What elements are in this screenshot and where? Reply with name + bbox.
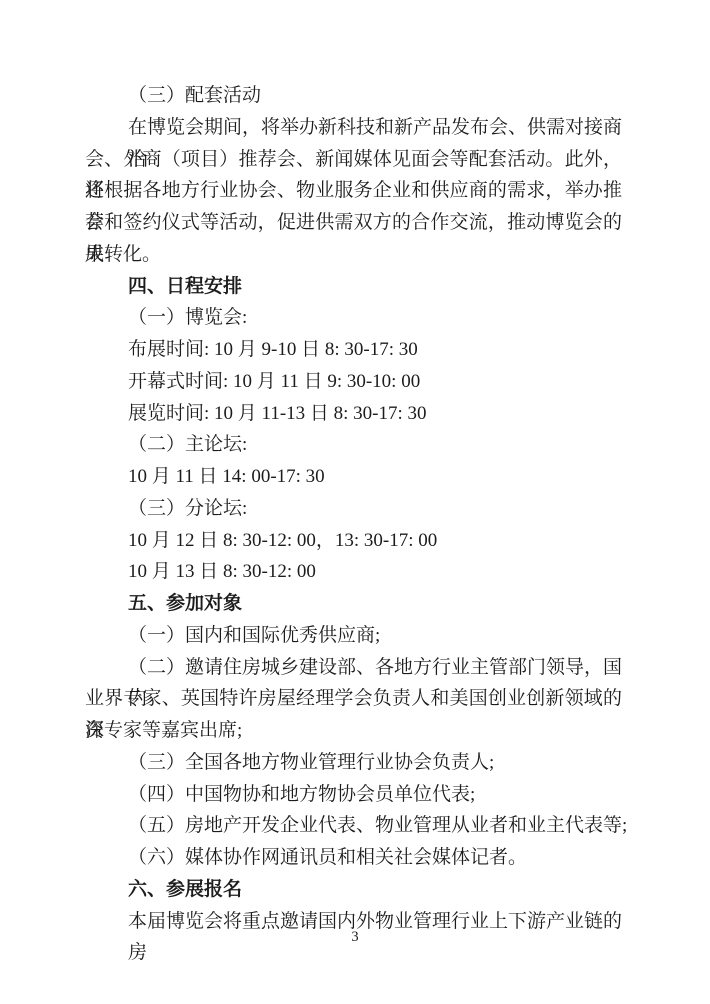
text-line: （四）中国物协和地方物协会员单位代表; bbox=[85, 779, 622, 811]
text-line: （二）主论坛: bbox=[85, 429, 622, 461]
text-line: （一）博览会: bbox=[85, 302, 622, 334]
text-line: 10 月 11 日 14: 00-17: 30 bbox=[85, 461, 622, 493]
section-heading-line: 四、日程安排 bbox=[85, 271, 622, 303]
text-line: （二）邀请住房城乡建设部、各地方行业主管部门领导，国内 bbox=[85, 652, 622, 684]
text-line: 开幕式时间: 10 月 11 日 9: 30-10: 00 bbox=[85, 366, 622, 398]
text-line: 10 月 12 日 8: 30-12: 00，13: 30-17: 00 bbox=[85, 525, 622, 557]
text-line: 将根据各地方行业协会、物业服务企业和供应商的需求，举办推荐 bbox=[85, 175, 622, 207]
text-block: （三）配套活动在博览会期间，将举办新科技和新产品发布会、供需对接商洽会、外商（项… bbox=[85, 80, 622, 937]
section-heading-line: 五、参加对象 bbox=[85, 588, 622, 620]
document-page: （三）配套活动在博览会期间，将举办新科技和新产品发布会、供需对接商洽会、外商（项… bbox=[0, 0, 710, 1004]
text-line: （六）媒体协作网通讯员和相关社会媒体记者。 bbox=[85, 842, 622, 874]
text-line: 布展时间: 10 月 9-10 日 8: 30-17: 30 bbox=[85, 334, 622, 366]
text-line: 果转化。 bbox=[85, 239, 622, 271]
text-line: （三）全国各地方物业管理行业协会负责人; bbox=[85, 747, 622, 779]
text-line: 深专家等嘉宾出席; bbox=[85, 715, 622, 747]
section-heading-line: 六、参展报名 bbox=[85, 874, 622, 906]
text-line: （三）配套活动 bbox=[85, 80, 622, 112]
page-number: 3 bbox=[0, 928, 710, 946]
text-line: 会和签约仪式等活动，促进供需双方的合作交流，推动博览会的成 bbox=[85, 207, 622, 239]
text-line: 展览时间: 10 月 11-13 日 8: 30-17: 30 bbox=[85, 398, 622, 430]
text-line: （五）房地产开发企业代表、物业管理从业者和业主代表等; bbox=[85, 810, 622, 842]
text-line: （三）分论坛: bbox=[85, 493, 622, 525]
text-line: 10 月 13 日 8: 30-12: 00 bbox=[85, 556, 622, 588]
text-line: 在博览会期间，将举办新科技和新产品发布会、供需对接商洽 bbox=[85, 112, 622, 144]
text-line: 会、外商（项目）推荐会、新闻媒体见面会等配套活动。此外，还 bbox=[85, 144, 622, 176]
text-line: 业界专家、英国特许房屋经理学会负责人和美国创业创新领域的资 bbox=[85, 683, 622, 715]
text-line: （一）国内和国际优秀供应商; bbox=[85, 620, 622, 652]
